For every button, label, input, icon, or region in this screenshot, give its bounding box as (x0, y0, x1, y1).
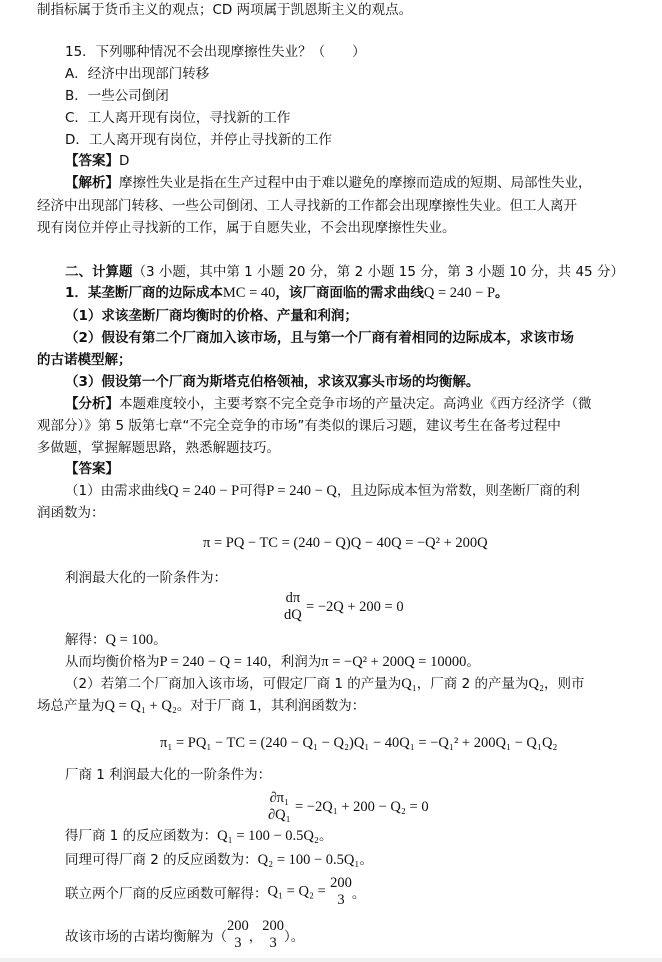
equation: π = −Q² + 200Q = 10000 (321, 654, 466, 670)
numerator: ∂π₁ (268, 790, 291, 807)
problem-1-part-2: （2）假设有第二个厂商加入该市场，且与第一个厂商有着相同的边际成本，求该市场 (65, 328, 574, 348)
partial-derivative-fraction: ∂π₁∂Q₁ (268, 790, 291, 824)
firm-1-reaction: 得厂商 1 的反应函数为：Q₁ = 100 − 0.5Q₂。 (65, 826, 332, 846)
section-note: （3 小题，其中第 1 小题 20 分，第 2 小题 15 分，第 3 小题 1… (133, 264, 624, 280)
section-title: 二、计算题 (65, 264, 133, 280)
equation: Q₁ = Q₂ = (268, 884, 326, 900)
equation: Q = 100 (106, 632, 154, 648)
firm-1-profit-equation: π₁ = PQ₁ − TC = (240 − Q₁ − Q₂)Q₁ − 40Q₁… (160, 733, 557, 753)
analysis-line-2: 观部分）》第 5 版第七章“不完全竞争的市场”有类似的课后习题，建议考生在备考过… (37, 416, 561, 436)
problem-1-part-2-cont: 的古诺模型解； (37, 350, 132, 370)
text: 同理可得厂商 2 的反应函数为： (65, 852, 258, 868)
numerator: 200 (262, 918, 284, 935)
cournot-equilibrium: 故该市场的古诺均衡解为（2003，2003）。 (65, 918, 304, 952)
text: 。 (359, 852, 373, 868)
text: ，且边际成本恒为常数，则垄断厂商的利 (337, 483, 580, 499)
option-c: C．工人离开现有岗位，寻找新的工作 (65, 108, 290, 128)
analysis-line-1: 【分析】本题难度较小，主要考察不完全竞争市场的产量决定。高鸿业《西方经济学（微 (65, 394, 592, 414)
equation: Q = 240 − P (168, 483, 239, 499)
numerator: 200 (227, 918, 249, 935)
previous-explanation-tail: 制指标属于货币主义的观点；CD 两项属于凯恩斯主义的观点。 (37, 0, 412, 20)
mc-equation: MC = 40 (223, 285, 276, 301)
fraction-200-3: 2003 (262, 918, 284, 952)
numerator: 200 (330, 875, 352, 892)
text: （2）若第二个厂商加入该市场，可假定厂商 1 的产量为 (65, 676, 401, 692)
question-15-stem: 15．下列哪种情况不会出现摩擦性失业？（ ） (65, 42, 366, 62)
problem-1-part-1: （1）求该垄断厂商均衡时的价格、产量和利润； (65, 306, 358, 326)
text: 从而均衡价格为 (65, 654, 160, 670)
text: （1）由需求曲线 (65, 483, 168, 499)
option-b: B．一些公司倒闭 (65, 86, 169, 106)
symbol: Q₂ (528, 676, 544, 692)
equation: Q₁ = 100 − 0.5Q₂ (217, 828, 319, 844)
joint-solution: 联立两个厂商的反应函数可解得：Q₁ = Q₂ = 2003。 (65, 875, 365, 909)
analysis-line-3: 多做题，掌握解题思路，熟悉解题技巧。 (37, 438, 280, 458)
text: ， (249, 929, 263, 945)
text: 。 (352, 886, 366, 902)
fraction-200-3: 2003 (227, 918, 249, 952)
denominator: 3 (262, 935, 284, 952)
answer-label: 【答案】 (65, 153, 119, 169)
solution-part-2-line-1: （2）若第二个厂商加入该市场，可假定厂商 1 的产量为Q₁，厂商 2 的产量为Q… (65, 674, 585, 694)
q15-analysis-line-2: 经济中出现部门转移、一些公司倒闭、工人寻找新的工作都会出现摩擦性失业。但工人离开 (37, 196, 577, 216)
text: ）。 (284, 929, 304, 945)
derivative-fraction: dπdQ (284, 590, 302, 624)
price-profit-line: 从而均衡价格为P = 240 − Q = 140，利润为π = −Q² + 20… (65, 652, 480, 672)
solution-part-1-line-2: 润函数为： (37, 503, 105, 523)
denominator: 3 (227, 935, 249, 952)
firm-2-reaction: 同理可得厂商 2 的反应函数为：Q₂ = 100 − 0.5Q₁。 (65, 850, 373, 870)
numerator: dπ (284, 590, 302, 607)
denominator: ∂Q₁ (268, 807, 291, 824)
demand-equation: Q = 240 − P (424, 285, 495, 301)
firm-1-foc-label: 厂商 1 利润最大化的一阶条件为： (65, 765, 271, 785)
equation: P = 240 − Q (266, 483, 337, 499)
equation: Q = Q₁ + Q₂ (105, 698, 177, 714)
text: ，则市 (544, 676, 585, 692)
foc-rhs: = −2Q + 200 = 0 (306, 599, 404, 615)
text: 场总产量为 (37, 698, 105, 714)
foc-label: 利润最大化的一阶条件为： (65, 568, 227, 588)
analysis-text: 摩擦性失业是指在生产过程中由于难以避免的摩擦而造成的短期、局部性失业， (119, 175, 592, 191)
page-bottom-edge (0, 958, 662, 962)
text: 联立两个厂商的反应函数可解得： (65, 886, 268, 902)
text: 可得 (239, 483, 266, 499)
section-2-heading: 二、计算题（3 小题，其中第 1 小题 20 分，第 2 小题 15 分，第 3… (65, 262, 624, 282)
equation: Q₂ = 100 − 0.5Q₁ (258, 852, 360, 868)
solution-part-1-line-1: （1）由需求曲线Q = 240 − P可得P = 240 − Q，且边际成本恒为… (65, 481, 580, 501)
text: 故该市场的古诺均衡解为（ (65, 929, 227, 945)
stem-text: 。 (495, 285, 509, 301)
solution-part-2-line-2: 场总产量为Q = Q₁ + Q₂。对于厂商 1，其利润函数为： (37, 696, 365, 716)
answer-label: 【答案】 (65, 459, 119, 479)
fraction-200-3: 2003 (330, 875, 352, 909)
text: 。 (153, 632, 167, 648)
stem-text: ，该厂商面临的需求曲线 (275, 285, 424, 301)
q15-analysis-line-1: 【解析】摩擦性失业是指在生产过程中由于难以避免的摩擦而造成的短期、局部性失业， (65, 173, 592, 193)
text: 。 (466, 654, 480, 670)
denominator: dQ (284, 607, 302, 624)
analysis-label: 【分析】 (65, 396, 119, 412)
text: ，利润为 (267, 654, 321, 670)
firm-1-foc-equation: ∂π₁∂Q₁ = −2Q₁ + 200 − Q₂ = 0 (268, 790, 429, 824)
text: 。 (319, 828, 333, 844)
analysis-label: 【解析】 (65, 175, 119, 191)
foc-equation: dπdQ = −2Q + 200 = 0 (284, 590, 404, 624)
stem-text: 1．某垄断厂商的边际成本 (65, 285, 223, 301)
symbol: Q₁ (401, 676, 417, 692)
option-a: A．经济中出现部门转移 (65, 64, 209, 84)
analysis-text: 本题难度较小，主要考察不完全竞争市场的产量决定。高鸿业《西方经济学（微 (119, 396, 592, 412)
problem-1-part-3: （3）假设第一个厂商为斯塔克伯格领袖，求该双寡头市场的均衡解。 (65, 372, 479, 392)
answer-value: D (119, 153, 129, 169)
text: ，厂商 2 的产量为 (417, 676, 529, 692)
q15-analysis-line-3: 现有岗位并停止寻找新的工作，属于自愿失业，不会出现摩擦性失业。 (37, 218, 456, 238)
text: 得厂商 1 的反应函数为： (65, 828, 217, 844)
option-d: D．工人离开现有岗位，并停止寻找新的工作 (65, 130, 332, 150)
problem-1-stem: 1．某垄断厂商的边际成本MC = 40，该厂商面临的需求曲线Q = 240 − … (65, 283, 509, 303)
denominator: 3 (330, 892, 352, 909)
profit-equation: π = PQ − TC = (240 − Q)Q − 40Q = −Q² + 2… (203, 533, 488, 553)
text: 。对于厂商 1，其利润函数为： (177, 698, 365, 714)
solve-line: 解得：Q = 100。 (65, 630, 167, 650)
foc-rhs: = −2Q₁ + 200 − Q₂ = 0 (295, 799, 429, 815)
equation: P = 240 − Q = 140 (160, 654, 268, 670)
q15-answer: 【答案】D (65, 151, 129, 171)
text: 解得： (65, 632, 106, 648)
